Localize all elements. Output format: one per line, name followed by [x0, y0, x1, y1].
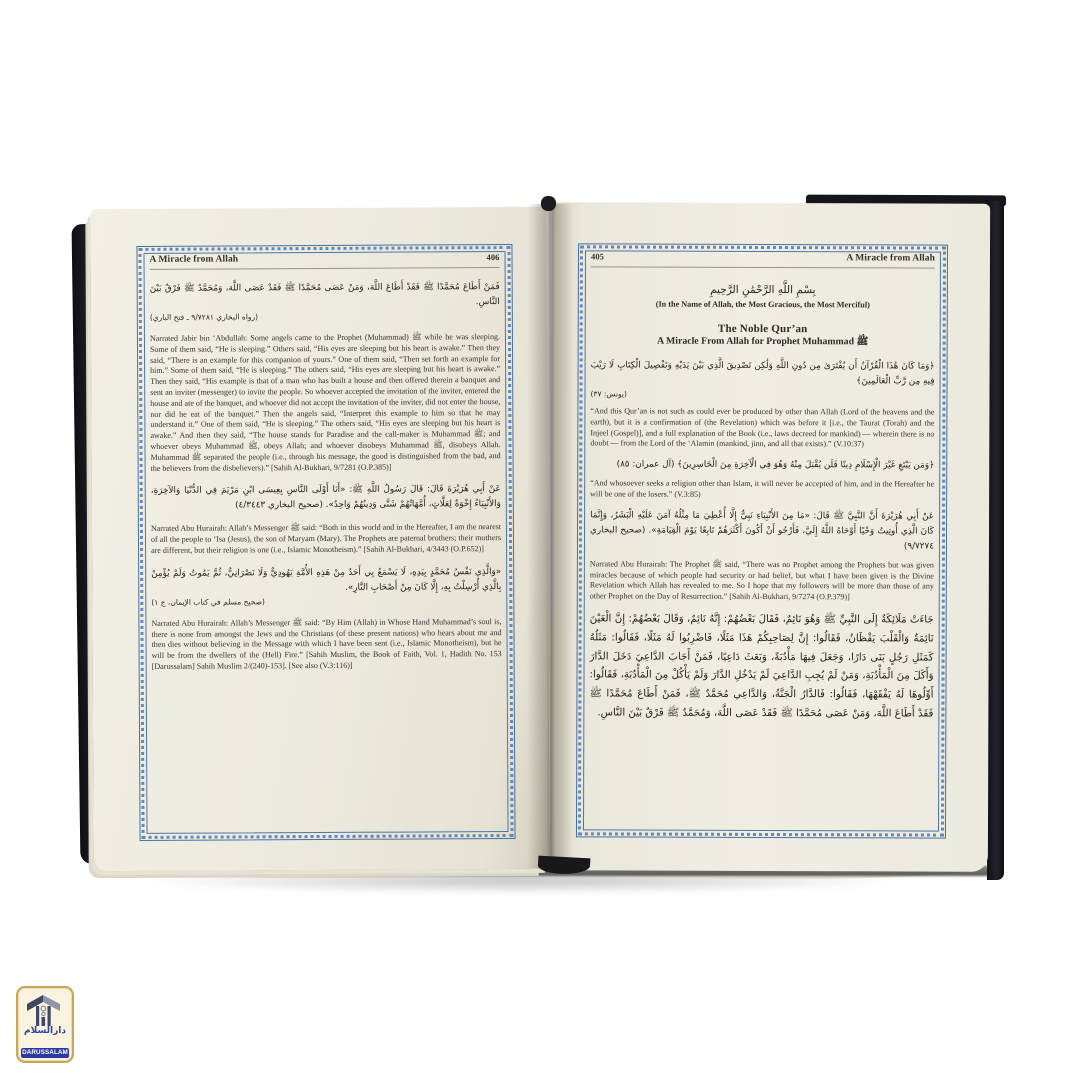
bismillah-translation: (In the Name of Allah, the Most Gracious…	[591, 299, 935, 309]
quran-verse-3-85-arabic: ﴿وَمَن يَبْتَغِ غَيْرَ الْإِسْلَامِ دِين…	[590, 458, 934, 474]
right-page-frame: 405 A Miracle from Allah بِسْمِ اللَّهِ …	[576, 243, 948, 838]
darussalam-book-minaret-icon	[24, 993, 64, 1029]
hadith-no-prophet-translation: Narrated Abu Hurairah: The Prophet ﷺ sai…	[590, 559, 934, 603]
arabic-hadith-ending: فَمَنْ أَطَاعَ مُحَمَّدًا ﷺ فَقَدْ أَطَا…	[150, 280, 500, 312]
right-page-number: 405	[591, 251, 604, 261]
left-page-frame: A Miracle from Allah 406 فَمَنْ أَطَاعَ …	[136, 244, 515, 841]
left-page-number: 406	[486, 252, 499, 262]
hadith-no-prophet-arabic: عَنْ أَبِي هُرَيْرَةَ أَنَّ النَّبِيَّ ﷺ…	[590, 508, 934, 554]
right-running-title: A Miracle from Allah	[846, 253, 935, 263]
darussalam-wordmark: DARUSSALAM	[21, 1048, 69, 1058]
quran-verse-10-37-translation: “And this Qur’an is not such as could ev…	[590, 406, 934, 450]
left-running-title: A Miracle from Allah	[150, 254, 239, 264]
darussalam-logo: دارالسلام DARUSSALAM	[16, 986, 74, 1063]
chapter-subtitle: A Miracle From Allah for Prophet Muhamma…	[591, 334, 935, 349]
hadith-translation-nearest-to-jesus: Narrated Abu Hurairah: Allah’s Messenger…	[151, 522, 501, 556]
arabic-hadith-ending-ref: (رواه البخاري ٩/٧٢٨١ ـ فتح الباري)	[150, 310, 500, 324]
hadith-translation-angels: Narrated Jabir bin ‘Abdullah: Some angel…	[150, 332, 501, 474]
open-book-photo: A Miracle from Allah 406 فَمَنْ أَطَاعَ …	[0, 0, 1080, 1080]
left-page: A Miracle from Allah 406 فَمَنْ أَطَاعَ …	[90, 207, 549, 871]
arabic-hadith-nearest-to-jesus: عَنْ أَبِي هُرَيْرَةَ قَالَ: قَالَ رَسُو…	[151, 482, 501, 514]
arabic-hadith-jews-christians: «وَالَّذِي نَفْسُ مُحَمَّدٍ بِيَدِهِ، لَ…	[151, 565, 501, 597]
right-running-head: 405 A Miracle from Allah	[591, 251, 935, 268]
right-page: 405 A Miracle from Allah بِسْمِ اللَّهِ …	[550, 202, 990, 872]
darussalam-arabic-name: دارالسلام	[18, 1026, 72, 1036]
spine-top-notch	[541, 196, 556, 211]
hadith-translation-jews-christians: Narrated Abu Hurairah: Allah’s Messenger…	[151, 617, 501, 673]
quran-verse-3-85-translation: “And whosoever seeks a religion other th…	[590, 479, 934, 502]
bismillah-calligraphy: بِسْمِ اللَّهِ الرَّحْمَٰنِ الرَّحِيمِ	[591, 283, 935, 296]
quran-verse-10-37-arabic: ﴿وَمَا كَانَ هَٰذَا الْقُرْآنُ أَن يُفْت…	[591, 358, 935, 389]
left-page-content: A Miracle from Allah 406 فَمَنْ أَطَاعَ …	[150, 252, 503, 833]
quran-verse-10-37-ref: (يونس: ٣٧)	[590, 388, 934, 401]
left-running-head: A Miracle from Allah 406	[150, 252, 500, 270]
hadith-angels-arabic: جَاءَتْ مَلَائِكَةٌ إِلَى النَّبِيِّ ﷺ و…	[589, 610, 933, 724]
arabic-hadith-jews-christians-ref: (صحيح مسلم في كتاب الإيمان، ج ١)	[151, 595, 501, 609]
right-page-content: 405 A Miracle from Allah بِسْمِ اللَّهِ …	[589, 251, 935, 830]
